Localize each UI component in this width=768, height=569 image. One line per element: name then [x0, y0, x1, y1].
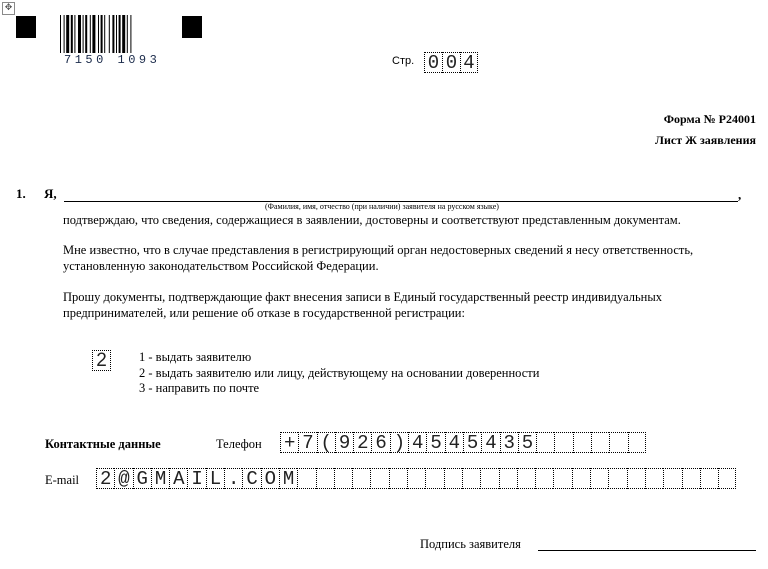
- email-cell[interactable]: [316, 468, 334, 489]
- email-cell[interactable]: [590, 468, 608, 489]
- delivery-option-2: 2 - выдать заявителю или лицу, действующ…: [139, 366, 539, 382]
- barcode: [60, 15, 164, 53]
- request-text-2: предпринимателей, или решение об отказе …: [63, 305, 753, 321]
- delivery-choice-value[interactable]: 2: [92, 350, 111, 371]
- delivery-option-1: 1 - выдать заявителю: [139, 350, 539, 366]
- phone-cell[interactable]: 2: [353, 432, 371, 453]
- responsibility-text-2: установленную законодательством Российск…: [63, 258, 753, 274]
- email-cell[interactable]: [553, 468, 571, 489]
- email-cell[interactable]: L: [206, 468, 224, 489]
- email-cell[interactable]: [663, 468, 681, 489]
- phone-label: Телефон: [216, 437, 262, 452]
- intro-pronoun: Я,: [44, 186, 57, 202]
- page-number-cell[interactable]: 0: [424, 52, 442, 73]
- email-cell[interactable]: I: [187, 468, 205, 489]
- signature-field[interactable]: [538, 550, 756, 551]
- phone-cell[interactable]: 9: [335, 432, 353, 453]
- item-number: 1.: [16, 186, 26, 202]
- phone-cell[interactable]: 4: [445, 432, 463, 453]
- page-number-cell[interactable]: 0: [442, 52, 460, 73]
- email-cell[interactable]: O: [261, 468, 279, 489]
- email-cell[interactable]: [444, 468, 462, 489]
- email-cell[interactable]: M: [279, 468, 297, 489]
- page-number-field[interactable]: 004: [424, 52, 478, 73]
- form-number: Форма № Р24001: [664, 112, 756, 127]
- page-number-cell[interactable]: 4: [460, 52, 478, 73]
- email-cell[interactable]: .: [224, 468, 242, 489]
- email-cell[interactable]: M: [151, 468, 169, 489]
- request-text-1: Прошу документы, подтверждающие факт вне…: [63, 289, 753, 305]
- phone-cell[interactable]: 4: [408, 432, 426, 453]
- email-cell[interactable]: [370, 468, 388, 489]
- delivery-options: 1 - выдать заявителю 2 - выдать заявител…: [139, 350, 539, 397]
- name-field-hint: (Фамилия, имя, отчество (при наличии) за…: [265, 202, 499, 211]
- email-cell[interactable]: [389, 468, 407, 489]
- email-cell[interactable]: @: [114, 468, 132, 489]
- phone-cell[interactable]: 6: [371, 432, 389, 453]
- phone-cell[interactable]: 4: [481, 432, 499, 453]
- email-label: E-mail: [45, 473, 79, 488]
- email-cell[interactable]: [425, 468, 443, 489]
- email-cell[interactable]: C: [242, 468, 260, 489]
- email-cell[interactable]: [572, 468, 590, 489]
- alignment-marker-left: [16, 16, 36, 38]
- phone-field[interactable]: +7(926)4545435: [280, 432, 646, 453]
- phone-cell[interactable]: [536, 432, 554, 453]
- phone-cell[interactable]: ): [390, 432, 408, 453]
- phone-cell[interactable]: [628, 432, 646, 453]
- page-label: Стр.: [392, 55, 414, 67]
- sheet-title: Лист Ж заявления: [655, 133, 756, 148]
- email-cell[interactable]: [535, 468, 553, 489]
- email-cell[interactable]: [297, 468, 315, 489]
- phone-cell[interactable]: 7: [298, 432, 316, 453]
- email-cell[interactable]: [682, 468, 700, 489]
- email-cell[interactable]: [462, 468, 480, 489]
- alignment-marker-right: [182, 16, 202, 38]
- email-cell[interactable]: [700, 468, 718, 489]
- email-cell[interactable]: G: [133, 468, 151, 489]
- signature-label: Подпись заявителя: [420, 537, 521, 552]
- contacts-section-label: Контактные данные: [45, 437, 161, 452]
- email-cell[interactable]: [334, 468, 352, 489]
- email-cell[interactable]: 2: [96, 468, 114, 489]
- phone-cell[interactable]: 5: [463, 432, 481, 453]
- phone-cell[interactable]: [573, 432, 591, 453]
- email-cell[interactable]: [645, 468, 663, 489]
- delivery-choice-field[interactable]: 2: [92, 350, 111, 371]
- phone-cell[interactable]: [609, 432, 627, 453]
- phone-cell[interactable]: 5: [518, 432, 536, 453]
- phone-cell[interactable]: (: [317, 432, 335, 453]
- email-cell[interactable]: [627, 468, 645, 489]
- email-cell[interactable]: [352, 468, 370, 489]
- name-comma: ,: [738, 187, 741, 203]
- phone-cell[interactable]: [591, 432, 609, 453]
- move-anchor-icon[interactable]: ✥: [2, 2, 15, 15]
- email-cell[interactable]: [718, 468, 736, 489]
- responsibility-text-1: Мне известно, что в случае представления…: [63, 242, 753, 258]
- phone-cell[interactable]: [554, 432, 572, 453]
- delivery-option-3: 3 - направить по почте: [139, 381, 539, 397]
- email-cell[interactable]: A: [169, 468, 187, 489]
- email-cell[interactable]: [407, 468, 425, 489]
- phone-cell[interactable]: +: [280, 432, 298, 453]
- email-field[interactable]: 2@GMAIL.COM: [96, 468, 736, 489]
- email-cell[interactable]: [480, 468, 498, 489]
- email-cell[interactable]: [608, 468, 626, 489]
- phone-cell[interactable]: 3: [500, 432, 518, 453]
- confirm-text: подтверждаю, что сведения, содержащиеся …: [63, 212, 753, 228]
- email-cell[interactable]: [517, 468, 535, 489]
- phone-cell[interactable]: 5: [426, 432, 444, 453]
- email-cell[interactable]: [499, 468, 517, 489]
- barcode-digits: 7150 1093: [64, 53, 160, 67]
